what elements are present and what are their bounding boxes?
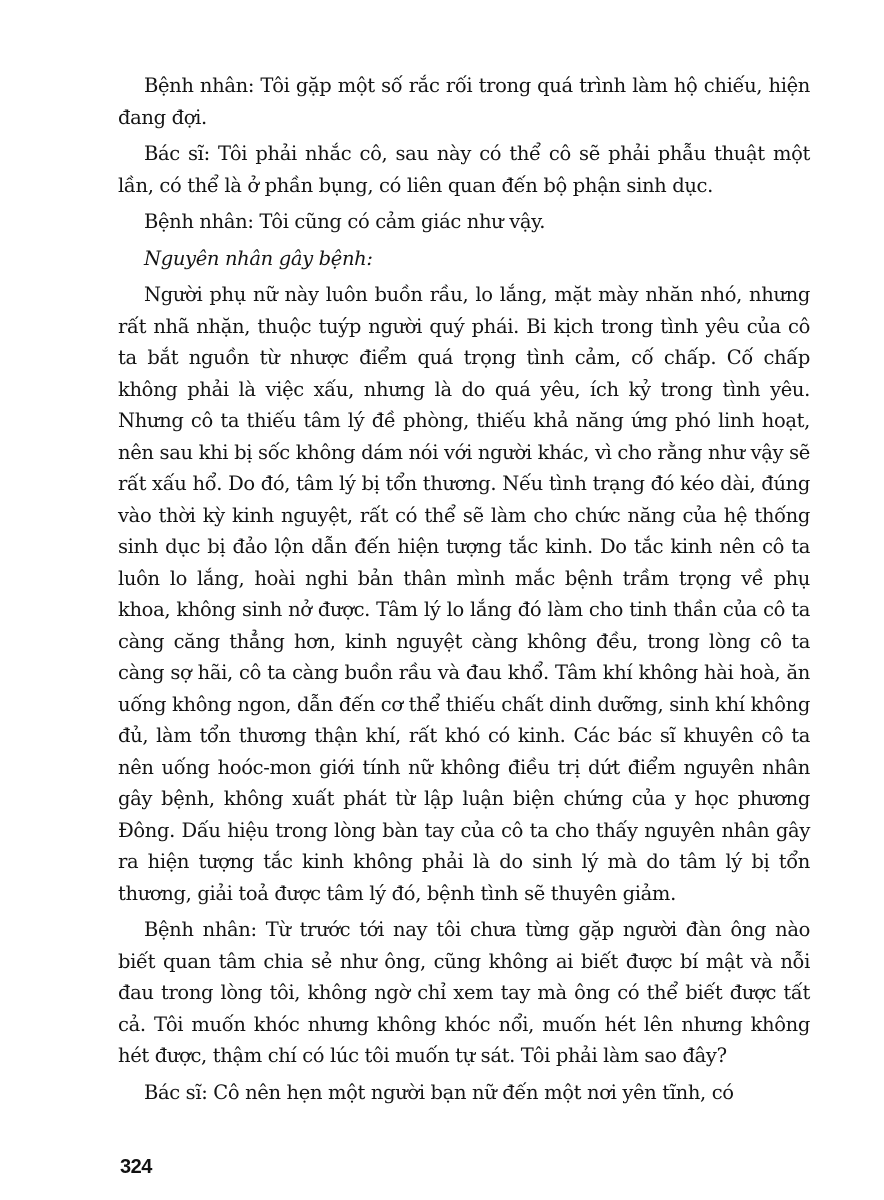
dialogue-doctor-surgery-warning: Bác sĩ: Tôi phải nhắc cô, sau này có thể…	[118, 138, 810, 201]
dialogue-patient-passport: Bệnh nhân: Tôi gặp một số rắc rối trong …	[118, 70, 810, 133]
book-page-body: Bệnh nhân: Tôi gặp một số rắc rối trong …	[118, 70, 810, 1113]
section-heading-cause: Nguyên nhân gây bệnh:	[118, 243, 810, 275]
dialogue-patient-confession: Bệnh nhân: Từ trước tới nay tôi chưa từn…	[118, 914, 810, 1072]
dialogue-patient-agrees: Bệnh nhân: Tôi cũng có cảm giác như vậy.	[118, 206, 810, 238]
dialogue-doctor-advice: Bác sĩ: Cô nên hẹn một người bạn nữ đến …	[118, 1077, 810, 1109]
cause-explanation-paragraph: Người phụ nữ này luôn buồn rầu, lo lắng,…	[118, 279, 810, 909]
page-number: 324	[120, 1156, 152, 1179]
